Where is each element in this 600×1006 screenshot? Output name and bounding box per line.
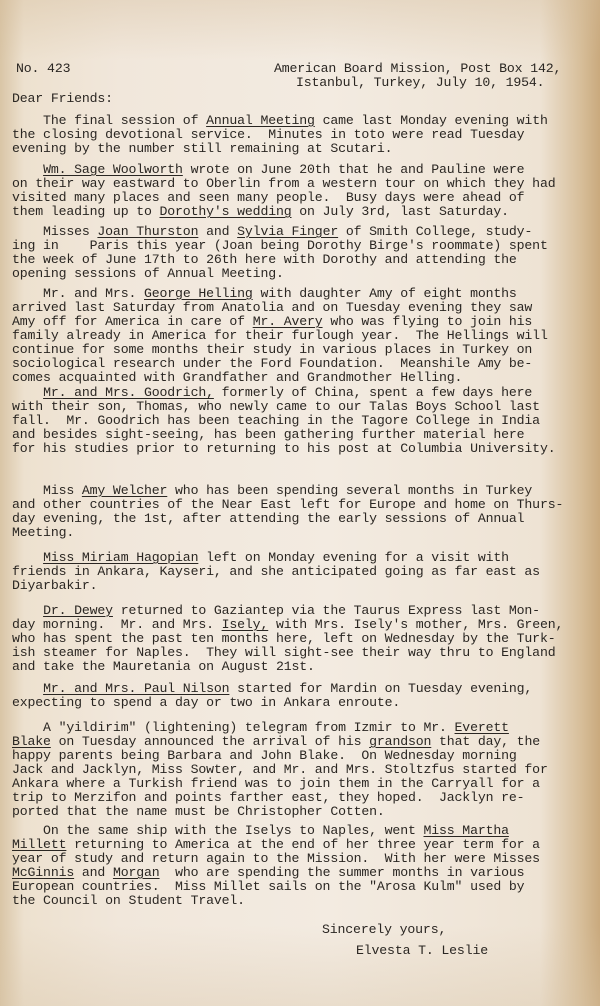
underlined-name: grandson	[369, 734, 431, 749]
underlined-name: Morgan	[113, 865, 160, 880]
paragraph-line: happy parents being Barbara and John Bla…	[12, 749, 517, 763]
paragraph-line: day evening, the 1st, after attending th…	[12, 512, 524, 526]
paragraph-line: arrived last Saturday from Anatolia and …	[12, 301, 532, 315]
salutation: Dear Friends:	[12, 92, 113, 106]
underlined-name: Dr. Dewey	[43, 603, 113, 618]
letter-number: No. 423	[16, 62, 70, 76]
paragraph-line: family already in America for their furl…	[12, 329, 548, 343]
paragraph-line: Miss Miriam Hagopian left on Monday even…	[12, 551, 509, 565]
paragraph-line: Mr. and Mrs. George Helling with daughte…	[12, 287, 517, 301]
underlined-name: Mr. and Mrs. Paul Nilson	[43, 681, 229, 696]
underlined-name: Miss Martha	[423, 823, 508, 838]
paragraph-line: continue for some months their study in …	[12, 343, 532, 357]
underlined-name: Isely,	[222, 617, 269, 632]
letter-address-line2: Istanbul, Turkey, July 10, 1954.	[296, 76, 544, 90]
underlined-name: George Helling	[144, 286, 253, 301]
underlined-name: Amy Welcher	[82, 483, 167, 498]
underlined-name: Mr. and Mrs. Goodrich,	[43, 385, 214, 400]
paragraph-line: opening sessions of Annual Meeting.	[12, 267, 284, 281]
underlined-name: Everett	[455, 720, 509, 735]
paragraph-line: for his studies prior to returning to hi…	[12, 442, 555, 456]
paragraph-line: day morning. Mr. and Mrs. Isely, with Mr…	[12, 618, 563, 632]
underlined-name: Miss Miriam Hagopian	[43, 550, 198, 565]
underlined-name: Blake	[12, 734, 51, 749]
paragraph-line: Jack and Jacklyn, Miss Sowter, and Mr. a…	[12, 763, 548, 777]
paragraph-line: sociological research under the Ford Fou…	[12, 357, 532, 371]
paragraph-line: On the same ship with the Iselys to Napl…	[12, 824, 509, 838]
paragraph-line: Amy off for America in care of Mr. Avery…	[12, 315, 532, 329]
paragraph-line: them leading up to Dorothy's wedding on …	[12, 205, 509, 219]
paragraph-line: European countries. Miss Millet sails on…	[12, 880, 524, 894]
paragraph-line: Ankara where a Turkish friend was to joi…	[12, 777, 540, 791]
paragraph-line: Mr. and Mrs. Goodrich, formerly of China…	[12, 386, 532, 400]
paragraph-line: visited many places and seen many people…	[12, 191, 524, 205]
underlined-name: McGinnis	[12, 865, 74, 880]
paragraph-line: the closing devotional service. Minutes …	[12, 128, 524, 142]
typewritten-letter-page: No. 423 American Board Mission, Post Box…	[0, 0, 600, 1006]
paragraph-line: year of study and return again to the Mi…	[12, 852, 540, 866]
paragraph-line: trip to Merzifon and points farther east…	[12, 791, 524, 805]
paragraph-line: ing in Paris this year (Joan being Dorot…	[12, 239, 548, 253]
paragraph-line: The final session of Annual Meeting came…	[12, 114, 548, 128]
underlined-name: Wm. Sage Woolworth	[43, 162, 183, 177]
underlined-name: Annual Meeting	[206, 113, 315, 128]
signature: Elvesta T. Leslie	[356, 944, 488, 958]
paragraph-line: Diyarbakir.	[12, 579, 97, 593]
paragraph-line: on their way eastward to Oberlin from a …	[12, 177, 555, 191]
paragraph-line: the Council on Student Travel.	[12, 894, 245, 908]
paragraph-line: Blake on Tuesday announced the arrival o…	[12, 735, 540, 749]
paragraph-line: ported that the name must be Christopher…	[12, 805, 385, 819]
paragraph-line: McGinnis and Morgan who are spending the…	[12, 866, 524, 880]
paragraph-line: Millett returning to America at the end …	[12, 838, 540, 852]
paragraph-line: ish steamer for Naples. They will sight-…	[12, 646, 555, 660]
paragraph-line: with their son, Thomas, who newly came t…	[12, 400, 540, 414]
paragraph-line: Wm. Sage Woolworth wrote on June 20th th…	[12, 163, 524, 177]
paragraph-line: Miss Amy Welcher who has been spending s…	[12, 484, 532, 498]
paragraph-line: comes acquainted with Grandfather and Gr…	[12, 371, 462, 385]
closing: Sincerely yours,	[322, 923, 446, 937]
underlined-name: Mr. Avery	[253, 314, 323, 329]
underlined-name: Millett	[12, 837, 66, 852]
paragraph-line: A "yildirim" (lightening) telegram from …	[12, 721, 509, 735]
letter-address-line1: American Board Mission, Post Box 142,	[274, 62, 561, 76]
paragraph-line: fall. Mr. Goodrich has been teaching in …	[12, 414, 540, 428]
underlined-name: Sylvia Finger	[237, 224, 338, 239]
paragraph-line: Mr. and Mrs. Paul Nilson started for Mar…	[12, 682, 532, 696]
paragraph-line: Misses Joan Thurston and Sylvia Finger o…	[12, 225, 532, 239]
paragraph-line: and besides sight-seeing, has been gathe…	[12, 428, 524, 442]
paragraph-line: Dr. Dewey returned to Gaziantep via the …	[12, 604, 540, 618]
paragraph-line: friends in Ankara, Kayseri, and she anti…	[12, 565, 540, 579]
paragraph-line: and take the Mauretania on August 21st.	[12, 660, 315, 674]
paragraph-line: evening by the number still remaining at…	[12, 142, 392, 156]
paragraph-line: the week of June 17th to 26th here with …	[12, 253, 517, 267]
underlined-name: Joan Thurston	[97, 224, 198, 239]
paragraph-line: who has spent the past ten months here, …	[12, 632, 555, 646]
paragraph-line: and other countries of the Near East lef…	[12, 498, 563, 512]
underlined-name: Dorothy's wedding	[160, 204, 292, 219]
paragraph-line: Meeting.	[12, 526, 74, 540]
paragraph-line: expecting to spend a day or two in Ankar…	[12, 696, 400, 710]
